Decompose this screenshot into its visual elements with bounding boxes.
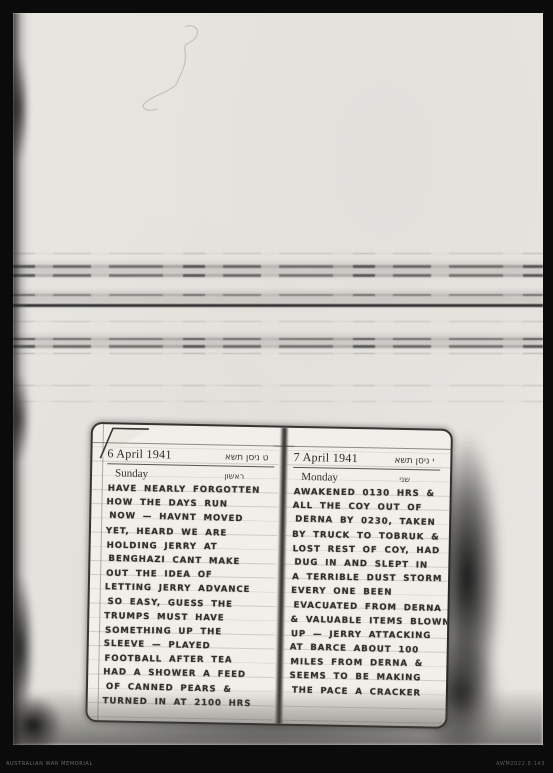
frame-footer: AUSTRALIAN WAR MEMORIAL AWM2022.8.143 <box>0 745 553 773</box>
date-hebrew: ט ניסן תשא <box>225 453 275 464</box>
printed-date-header: 6 April 1941 ט ניסן תשא <box>107 446 274 467</box>
photocopy-paper: 6 April 1941 ט ניסן תשא Sunday ראשון HAV… <box>13 13 543 745</box>
day-english: Sunday <box>115 467 148 480</box>
scan-streak <box>13 401 543 402</box>
scan-streak <box>13 274 543 277</box>
catalog-number: AWM2022.8.143 <box>496 761 545 767</box>
scan-streak <box>13 353 543 354</box>
scanned-diary-photocopy: 6 April 1941 ט ניסן תשא Sunday ראשון HAV… <box>0 0 553 773</box>
scan-streak <box>13 265 543 268</box>
scan-streak <box>13 385 543 386</box>
diary-page-right: 7 April 1941 י ניסן תשא Monday שני AWAKE… <box>281 428 451 727</box>
scan-streak <box>13 345 543 348</box>
date-hebrew: י ניסן תשא <box>394 456 440 467</box>
diary-line: AWAKENED 0130 HRS & <box>294 485 440 501</box>
day-hebrew: שני <box>399 475 410 484</box>
day-english: Monday <box>301 471 338 484</box>
printed-day-row: Monday שני <box>293 468 440 486</box>
scan-streak <box>13 338 543 340</box>
scan-streak <box>13 253 543 254</box>
diary-line: FOOTBALL AFTER TEA <box>104 652 270 668</box>
pencil-scratch-mark <box>133 21 223 131</box>
open-diary-book: 6 April 1941 ט ניסן תשא Sunday ראשון HAV… <box>87 424 451 727</box>
diary-line: HAVE NEARLY FORGOTTEN <box>108 482 274 498</box>
diary-page-left: 6 April 1941 ט ניסן תשא Sunday ראשון HAV… <box>87 424 279 724</box>
diary-line: EVACUATED FROM DERNA <box>294 598 438 616</box>
day-hebrew: ראשון <box>224 472 244 481</box>
institution-caption: AUSTRALIAN WAR MEMORIAL <box>6 761 93 767</box>
scan-streak <box>13 294 543 296</box>
photocopy-bottom-haze <box>13 689 543 745</box>
handwritten-entry: HAVE NEARLY FORGOTTEN HOW THE DAYS RUN N… <box>103 481 274 711</box>
date-english: 6 April 1941 <box>107 446 172 462</box>
scan-streak <box>13 304 543 307</box>
diary-line: MILES FROM DERNA & <box>291 656 437 672</box>
diary-line: OUT THE IDEA OF <box>106 567 272 583</box>
date-english: 7 April 1941 <box>294 450 359 466</box>
diary-line: A TERRIBLE DUST STORM <box>292 570 438 586</box>
printed-date-header: 7 April 1941 י ניסן תשא <box>294 450 441 471</box>
handwritten-entry: AWAKENED 0130 HRS & ALL THE COY OUT OF D… <box>289 485 440 701</box>
scan-streak <box>13 321 543 322</box>
